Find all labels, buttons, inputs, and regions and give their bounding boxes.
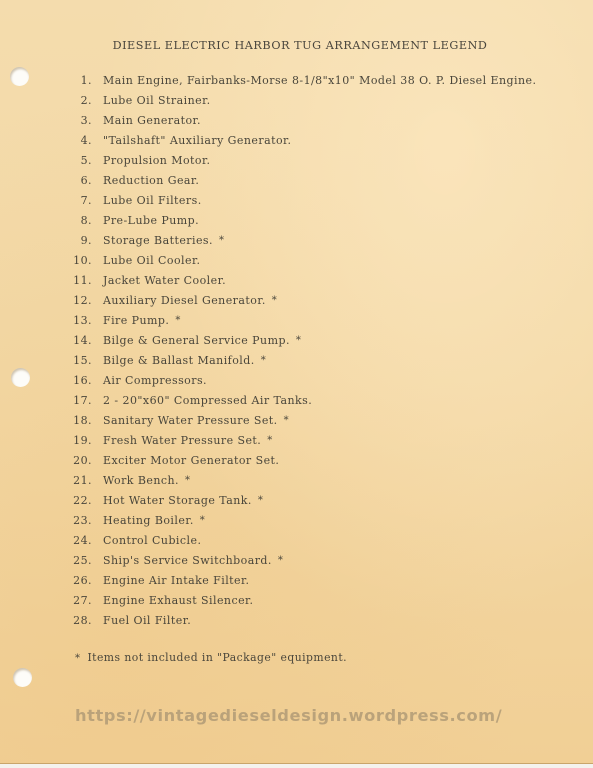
asterisk-marker: *	[185, 471, 190, 491]
item-text: Bilge & General Service Pump.	[103, 331, 290, 351]
item-number: 9.	[60, 231, 103, 251]
punch-hole-middle	[11, 368, 30, 387]
legend-item: 26.Engine Air Intake Filter.	[60, 571, 536, 591]
legend-item: 4."Tailshaft" Auxiliary Generator.	[60, 131, 536, 151]
item-text: Engine Air Intake Filter.	[103, 571, 249, 591]
item-text: Pre-Lube Pump.	[103, 211, 199, 231]
item-text: Fresh Water Pressure Set.	[103, 431, 261, 451]
item-number: 20.	[60, 451, 103, 471]
item-number: 4.	[60, 131, 103, 151]
legend-item: 22.Hot Water Storage Tank.*	[60, 491, 536, 511]
footnote: *Items not included in "Package" equipme…	[75, 651, 347, 664]
legend-item: 5.Propulsion Motor.	[60, 151, 536, 171]
legend-item: 6.Reduction Gear.	[60, 171, 536, 191]
item-text: Reduction Gear.	[103, 171, 199, 191]
item-text: Fuel Oil Filter.	[103, 611, 191, 631]
punch-hole-bottom	[13, 668, 32, 687]
item-number: 19.	[60, 431, 103, 451]
legend-item: 16.Air Compressors.	[60, 371, 536, 391]
legend-list: 1.Main Engine, Fairbanks-Morse 8-1/8"x10…	[60, 71, 536, 631]
item-number: 15.	[60, 351, 103, 371]
item-text: Main Engine, Fairbanks-Morse 8-1/8"x10" …	[103, 71, 536, 91]
watermark-url: https://vintagedieseldesign.wordpress.co…	[75, 706, 502, 725]
legend-item: 7.Lube Oil Filters.	[60, 191, 536, 211]
item-number: 6.	[60, 171, 103, 191]
legend-item: 28.Fuel Oil Filter.	[60, 611, 536, 631]
legend-item: 19.Fresh Water Pressure Set.*	[60, 431, 536, 451]
item-text: Lube Oil Cooler.	[103, 251, 200, 271]
punch-hole-top	[10, 67, 29, 86]
item-number: 25.	[60, 551, 103, 571]
asterisk-marker: *	[258, 491, 263, 511]
legend-item: 18.Sanitary Water Pressure Set.*	[60, 411, 536, 431]
legend-item: 11.Jacket Water Cooler.	[60, 271, 536, 291]
asterisk-marker: *	[200, 511, 205, 531]
scanned-page: DIESEL ELECTRIC HARBOR TUG ARRANGEMENT L…	[0, 0, 593, 764]
legend-item: 1.Main Engine, Fairbanks-Morse 8-1/8"x10…	[60, 71, 536, 91]
item-text: "Tailshaft" Auxiliary Generator.	[103, 131, 291, 151]
item-text: Ship's Service Switchboard.	[103, 551, 272, 571]
page-title: DIESEL ELECTRIC HARBOR TUG ARRANGEMENT L…	[0, 39, 593, 52]
asterisk-marker: *	[267, 431, 272, 451]
legend-item: 17.2 - 20"x60" Compressed Air Tanks.	[60, 391, 536, 411]
legend-item: 27.Engine Exhaust Silencer.	[60, 591, 536, 611]
legend-item: 13.Fire Pump.*	[60, 311, 536, 331]
item-number: 11.	[60, 271, 103, 291]
item-number: 18.	[60, 411, 103, 431]
asterisk-marker: *	[296, 331, 301, 351]
item-number: 27.	[60, 591, 103, 611]
item-text: Main Generator.	[103, 111, 201, 131]
item-text: Work Bench.	[103, 471, 179, 491]
legend-item: 2.Lube Oil Strainer.	[60, 91, 536, 111]
item-text: Storage Batteries.	[103, 231, 213, 251]
asterisk-marker: *	[261, 351, 266, 371]
legend-item: 9.Storage Batteries.*	[60, 231, 536, 251]
item-number: 21.	[60, 471, 103, 491]
item-text: Engine Exhaust Silencer.	[103, 591, 253, 611]
item-number: 24.	[60, 531, 103, 551]
legend-item: 12.Auxiliary Diesel Generator.*	[60, 291, 536, 311]
item-number: 8.	[60, 211, 103, 231]
item-number: 13.	[60, 311, 103, 331]
item-number: 26.	[60, 571, 103, 591]
legend-item: 25.Ship's Service Switchboard.*	[60, 551, 536, 571]
item-number: 12.	[60, 291, 103, 311]
item-number: 1.	[60, 71, 103, 91]
item-text: Auxiliary Diesel Generator.	[103, 291, 266, 311]
item-number: 16.	[60, 371, 103, 391]
item-text: Jacket Water Cooler.	[103, 271, 226, 291]
legend-item: 14.Bilge & General Service Pump.*	[60, 331, 536, 351]
item-number: 5.	[60, 151, 103, 171]
asterisk-marker: *	[75, 653, 80, 664]
asterisk-marker: *	[272, 291, 277, 311]
item-text: Fire Pump.	[103, 311, 169, 331]
item-text: Air Compressors.	[103, 371, 207, 391]
legend-item: 23.Heating Boiler.*	[60, 511, 536, 531]
item-number: 7.	[60, 191, 103, 211]
item-text: Control Cubicle.	[103, 531, 201, 551]
item-text: Bilge & Ballast Manifold.	[103, 351, 255, 371]
legend-item: 3.Main Generator.	[60, 111, 536, 131]
item-text: Propulsion Motor.	[103, 151, 210, 171]
legend-item: 15.Bilge & Ballast Manifold.*	[60, 351, 536, 371]
item-text: Lube Oil Strainer.	[103, 91, 211, 111]
legend-item: 8.Pre-Lube Pump.	[60, 211, 536, 231]
item-text: Heating Boiler.	[103, 511, 194, 531]
item-text: 2 - 20"x60" Compressed Air Tanks.	[103, 391, 312, 411]
item-text: Sanitary Water Pressure Set.	[103, 411, 278, 431]
item-number: 2.	[60, 91, 103, 111]
item-number: 17.	[60, 391, 103, 411]
legend-item: 20.Exciter Motor Generator Set.	[60, 451, 536, 471]
item-number: 28.	[60, 611, 103, 631]
item-number: 22.	[60, 491, 103, 511]
item-number: 23.	[60, 511, 103, 531]
item-number: 14.	[60, 331, 103, 351]
asterisk-marker: *	[284, 411, 289, 431]
legend-item: 24.Control Cubicle.	[60, 531, 536, 551]
legend-item: 21.Work Bench.*	[60, 471, 536, 491]
item-text: Exciter Motor Generator Set.	[103, 451, 279, 471]
asterisk-marker: *	[219, 231, 224, 251]
footnote-text: Items not included in "Package" equipmen…	[87, 651, 347, 664]
item-number: 10.	[60, 251, 103, 271]
asterisk-marker: *	[175, 311, 180, 331]
item-text: Hot Water Storage Tank.	[103, 491, 252, 511]
item-number: 3.	[60, 111, 103, 131]
item-text: Lube Oil Filters.	[103, 191, 202, 211]
asterisk-marker: *	[278, 551, 283, 571]
legend-item: 10.Lube Oil Cooler.	[60, 251, 536, 271]
